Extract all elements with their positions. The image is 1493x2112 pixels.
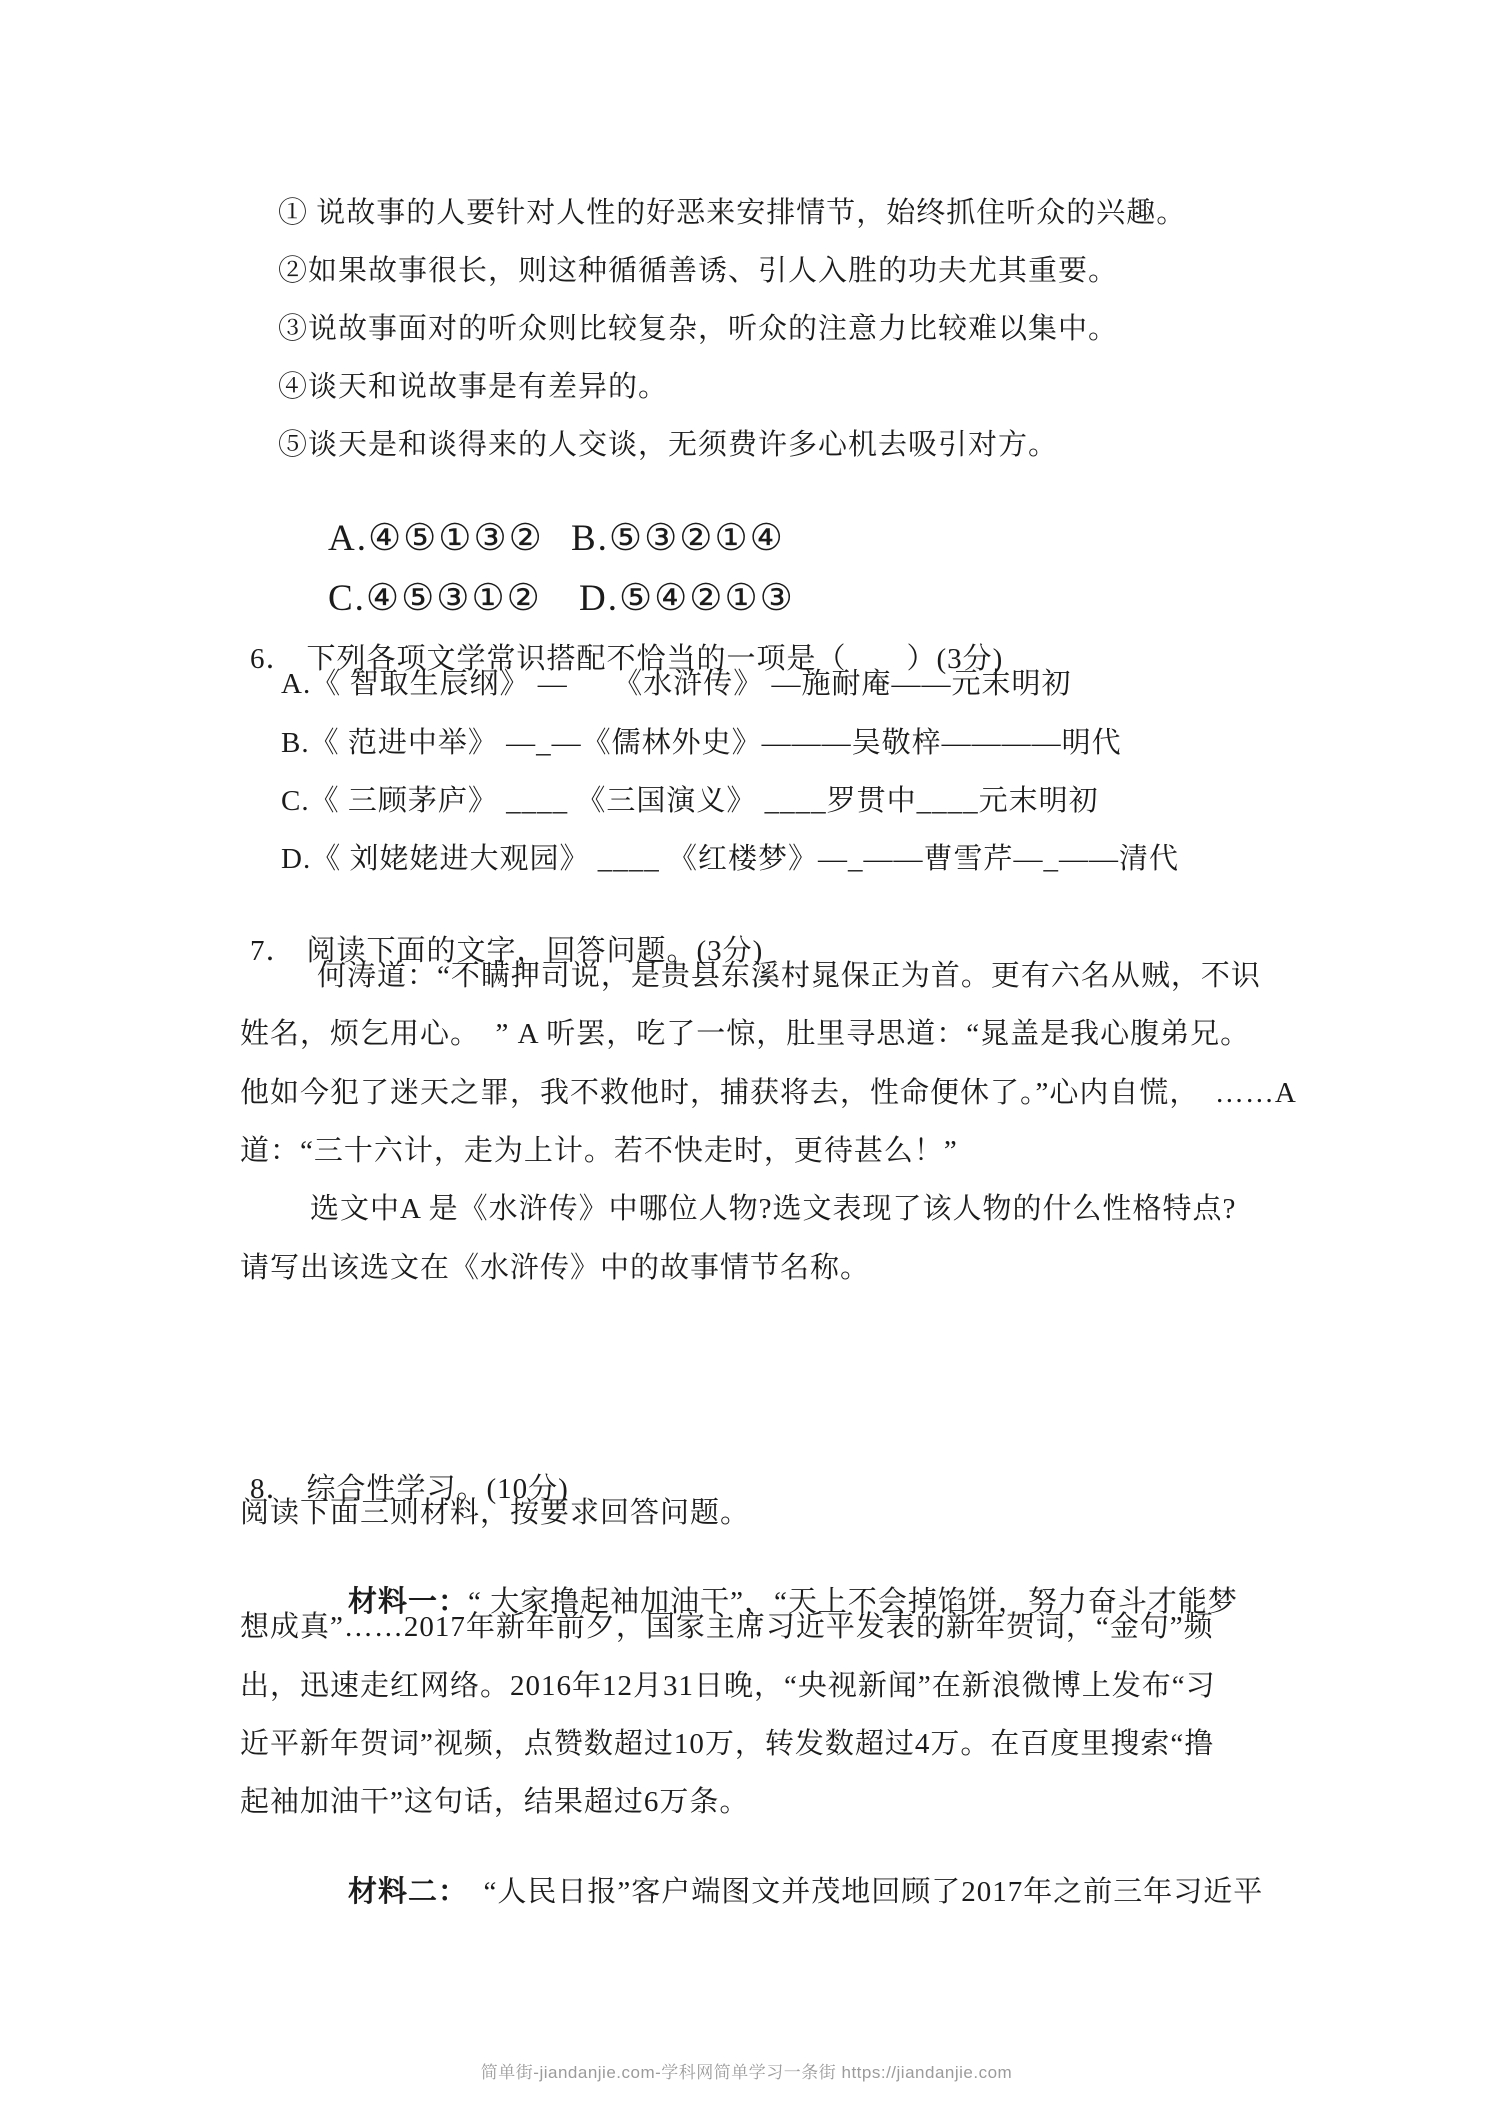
watermark-footer: 简单街-jiandanjie.com-学科网简单学习一条街 https://ji…: [0, 2058, 1493, 2083]
material1-line-3: 出，迅速走红网络。2016年12月31日晚，“央视新闻”在新浪微博上发布“习: [240, 1670, 1216, 1703]
material2-text: “人民日报”客户端图文并茂地回顾了2017年之前三年习近平: [454, 1876, 1264, 1908]
q6-option-c: C.《 三顾茅庐》 ____ 《三国演义》 ____罗贯中____元末明初: [281, 785, 1099, 818]
exam-paper-page: ① 说故事的人要针对人性的好恶来安排情节，始终抓住听众的兴趣。 ②如果故事很长，…: [0, 0, 1493, 2112]
q5-item-5: ⑤谈天是和谈得来的人交谈，无须费许多心机去吸引对方。: [278, 429, 1058, 462]
q7-excerpt-line-2: 姓名，烦乞用心。 ” A 听罢，吃了一惊，肚里寻思道：“晁盖是我心腹弟兄。: [240, 1018, 1250, 1051]
q5-item-3: ③说故事面对的听众则比较复杂，听众的注意力比较难以集中。: [278, 313, 1118, 346]
q7-excerpt-line-1: 何涛道：“不瞒押司说，是贵县东溪村晁保正为首。更有六名从贼，不识: [317, 960, 1261, 993]
q8-intro: 阅读下面三则材料，按要求回答问题。: [240, 1497, 750, 1530]
q6-option-a: A.《 智取生辰纲》 — 《水浒传》 —施耐庵——元末明初: [281, 668, 1071, 701]
q7-question-line-2: 请写出该选文在《水浒传》中的故事情节名称。: [240, 1252, 870, 1285]
material1-line-5: 起袖加油干”这句话，结果超过6万条。: [240, 1786, 749, 1819]
material2-label: 材料二：: [348, 1876, 454, 1908]
q7-excerpt-line-4: 道：“三十六计，走为上计。若不快走时，更待甚么！”: [240, 1135, 958, 1168]
q6-option-d: D.《 刘姥姥进大观园》 ____ 《红楼梦》—_——曹雪芹—_——清代: [281, 843, 1179, 876]
q7-number: 7．: [250, 935, 296, 967]
material1-line-4: 近平新年贺词”视频，点赞数超过10万，转发数超过4万。在百度里搜索“撸: [240, 1728, 1214, 1761]
q7-question-line-1: 选文中A 是《水浒传》中哪位人物?选文表现了该人物的什么性格特点?: [310, 1193, 1236, 1226]
material1-line-2: 想成真”……2017年新年前夕，国家主席习近平发表的新年贺词，“金句”频: [240, 1611, 1214, 1644]
q5-item-1: ① 说故事的人要针对人性的好恶来安排情节，始终抓住听众的兴趣。: [278, 197, 1186, 230]
q5-item-2: ②如果故事很长，则这种循循善诱、引人入胜的功夫尤其重要。: [278, 255, 1118, 288]
q7-excerpt-line-3: 他如今犯了迷天之罪，我不救他时，捕获将去，性命便休了。”心内自慌， ……A: [240, 1077, 1297, 1110]
q6-option-b: B.《 范进中举》 —_—《儒林外史》———吴敬梓————明代: [281, 727, 1122, 760]
q5-item-4: ④谈天和说故事是有差异的。: [278, 371, 668, 404]
material2-line-1: 材料二： “人民日报”客户端图文并茂地回顾了2017年之前三年习近平: [315, 1843, 1263, 1943]
